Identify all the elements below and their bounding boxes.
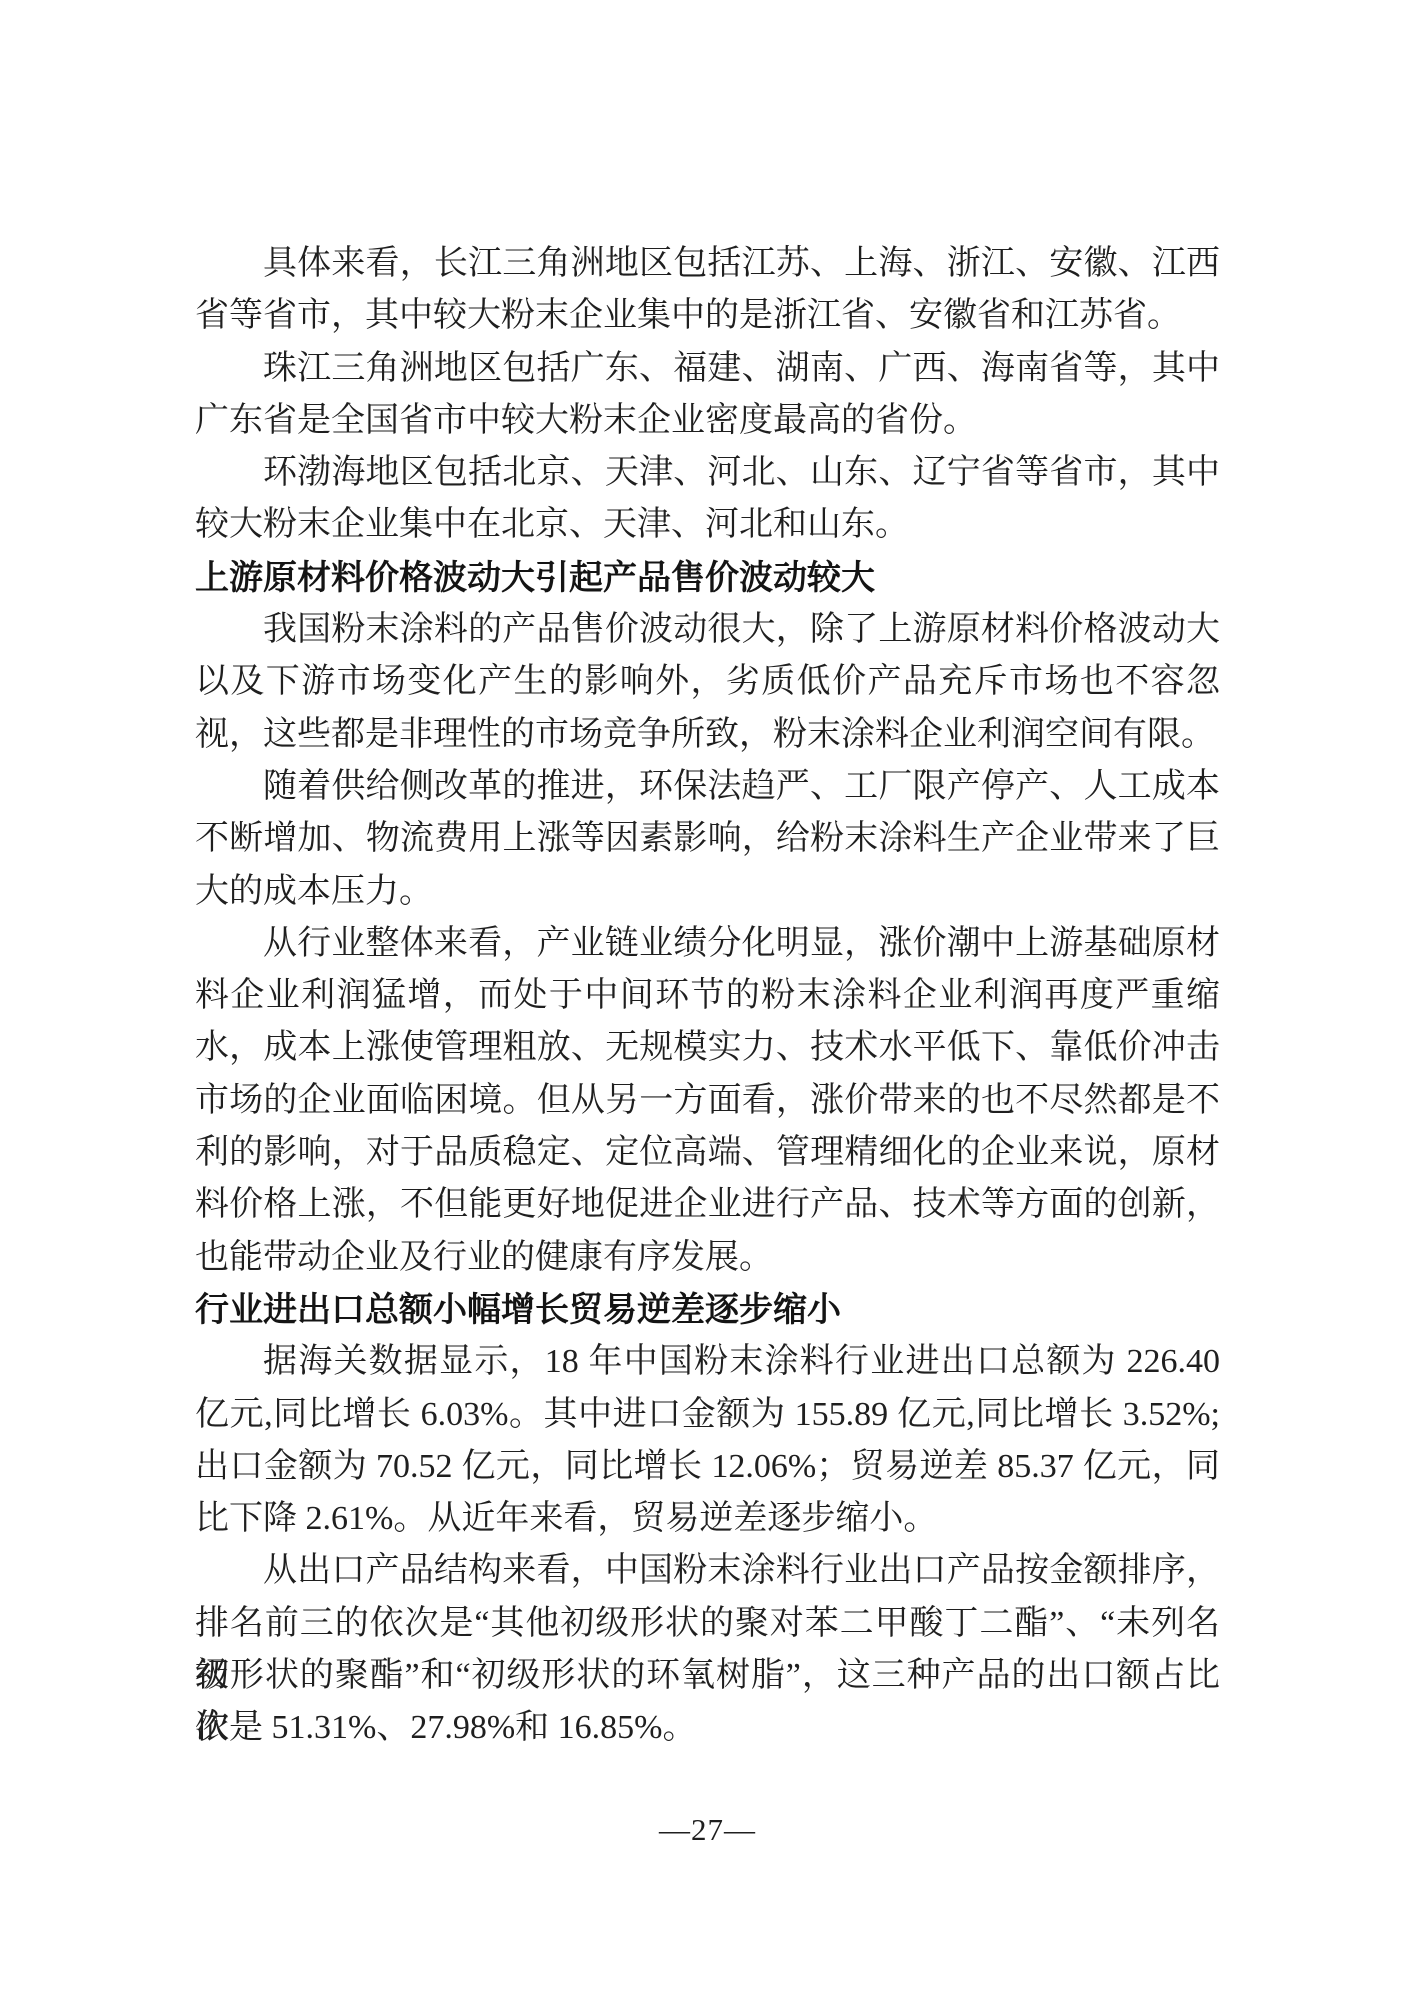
paragraph-line: 较大粉末企业集中在北京、天津、河北和山东。 [195, 499, 1220, 551]
heading-import-export: 行业进出口总额小幅增长贸易逆差逐步缩小 [195, 1284, 1220, 1336]
paragraph-line: 级形状的聚酯”和“初级形状的环氧树脂”，这三种产品的出口额占比依 [195, 1650, 1220, 1702]
paragraph-line: 以及下游市场变化产生的影响外，劣质低价产品充斥市场也不容忽 [195, 656, 1220, 708]
paragraph-line: 也能带动企业及行业的健康有序发展。 [195, 1232, 1220, 1284]
paragraph-line: 料价格上涨，不但能更好地促进企业进行产品、技术等方面的创新， [195, 1179, 1220, 1231]
paragraph-line: 据海关数据显示，18 年中国粉末涂料行业进出口总额为 226.40 [195, 1336, 1220, 1388]
paragraph-line: 排名前三的依次是“其他初级形状的聚对苯二甲酸丁二酯”、“未列名初 [195, 1598, 1220, 1650]
paragraph-line: 广东省是全国省市中较大粉末企业密度最高的省份。 [195, 395, 1220, 447]
paragraph-line: 随着供给侧改革的推进，环保法趋严、工厂限产停产、人工成本 [195, 761, 1220, 813]
paragraph-line: 我国粉末涂料的产品售价波动很大，除了上游原材料价格波动大 [195, 604, 1220, 656]
paragraph-line: 亿元,同比增长 6.03%。其中进口金额为 155.89 亿元,同比增长 3.5… [195, 1389, 1220, 1441]
paragraph-line: 大的成本压力。 [195, 866, 1220, 918]
document-page: 具体来看，长江三角洲地区包括江苏、上海、浙江、安徽、江西 省等省市，其中较大粉末… [0, 0, 1415, 2000]
paragraph-line: 料企业利润猛增，而处于中间环节的粉末涂料企业利润再度严重缩 [195, 970, 1220, 1022]
paragraph-line: 具体来看，长江三角洲地区包括江苏、上海、浙江、安徽、江西 [195, 238, 1220, 290]
paragraph-line: 视，这些都是非理性的市场竞争所致，粉末涂料企业利润空间有限。 [195, 709, 1220, 761]
paragraph-line: 珠江三角洲地区包括广东、福建、湖南、广西、海南省等，其中 [195, 343, 1220, 395]
paragraph-line: 利的影响，对于品质稳定、定位高端、管理精细化的企业来说，原材 [195, 1127, 1220, 1179]
paragraph-line: 环渤海地区包括北京、天津、河北、山东、辽宁省等省市，其中 [195, 447, 1220, 499]
paragraph-line: 市场的企业面临困境。但从另一方面看，涨价带来的也不尽然都是不 [195, 1075, 1220, 1127]
paragraph-line: 出口金额为 70.52 亿元，同比增长 12.06%；贸易逆差 85.37 亿元… [195, 1441, 1220, 1493]
paragraph-line: 从行业整体来看，产业链业绩分化明显，涨价潮中上游基础原材 [195, 918, 1220, 970]
document-body: 具体来看，长江三角洲地区包括江苏、上海、浙江、安徽、江西 省等省市，其中较大粉末… [195, 238, 1220, 1755]
paragraph-line: 从出口产品结构来看，中国粉末涂料行业出口产品按金额排序， [195, 1545, 1220, 1597]
page-number: —27— [195, 1812, 1220, 1848]
paragraph-line: 水，成本上涨使管理粗放、无规模实力、技术水平低下、靠低价冲击 [195, 1022, 1220, 1074]
paragraph-line: 次是 51.31%、27.98%和 16.85%。 [195, 1702, 1220, 1754]
paragraph-line: 比下降 2.61%。从近年来看，贸易逆差逐步缩小。 [195, 1493, 1220, 1545]
paragraph-line: 不断增加、物流费用上涨等因素影响，给粉末涂料生产企业带来了巨 [195, 813, 1220, 865]
paragraph-line: 省等省市，其中较大粉末企业集中的是浙江省、安徽省和江苏省。 [195, 290, 1220, 342]
heading-price-volatility: 上游原材料价格波动大引起产品售价波动较大 [195, 552, 1220, 604]
